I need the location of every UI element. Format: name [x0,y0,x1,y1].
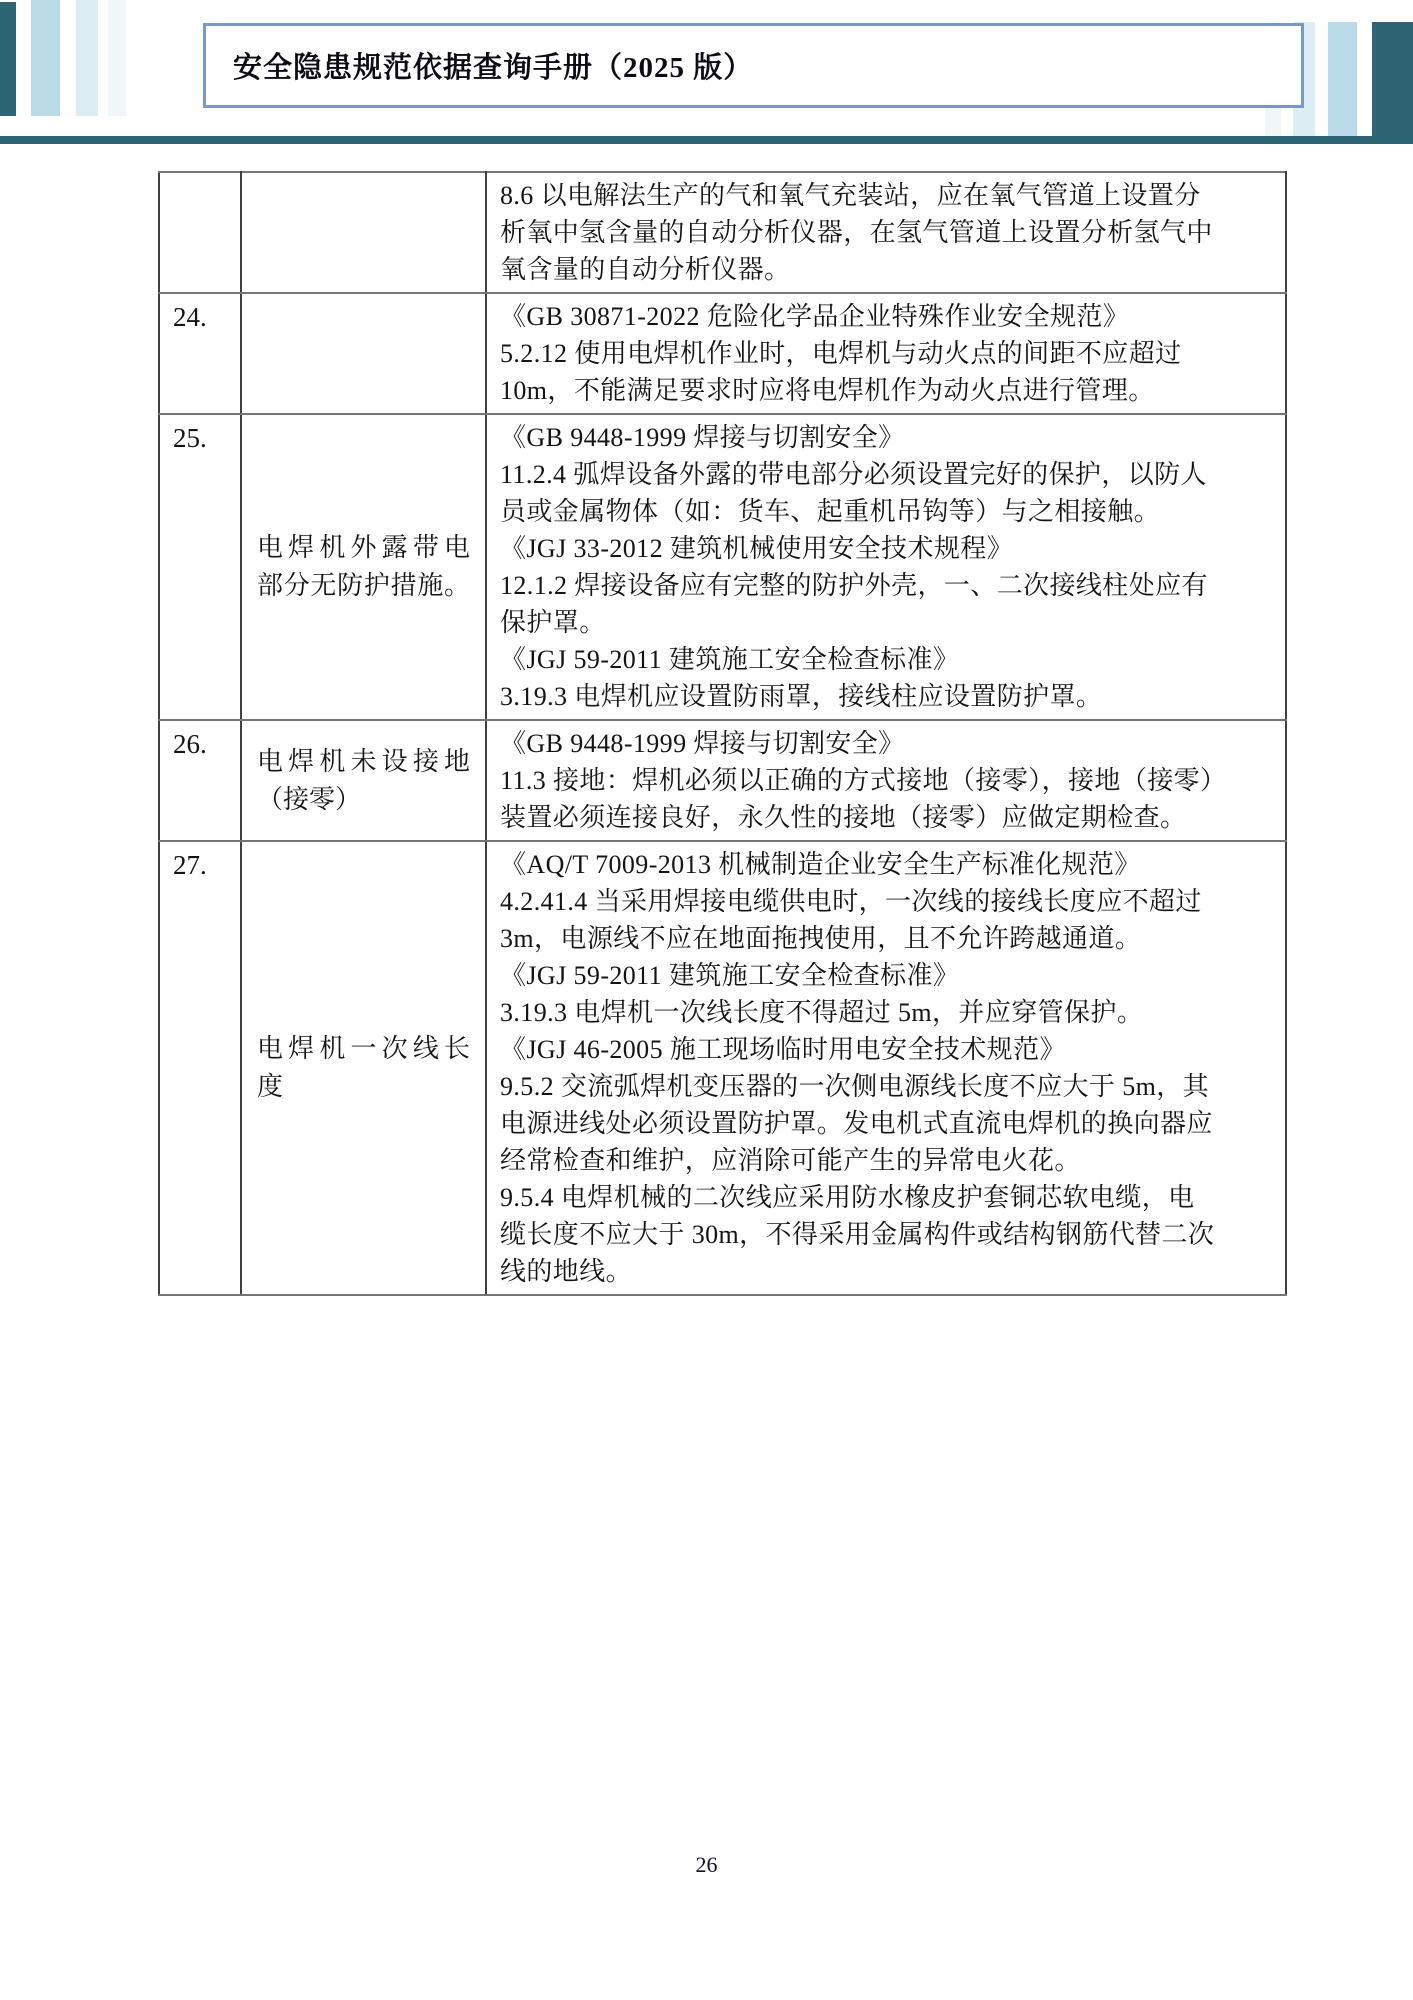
rules-table: 8.6 以电解法生产的气和氧气充装站，应在氧气管道上设置分 析氧中氢含量的自动分… [158,171,1287,1296]
left-pale-blue-bar [76,0,98,116]
row-number: 24. [160,294,240,332]
page-number: 26 [0,1852,1413,1878]
basis-line: 员或金属物体（如：货车、起重机吊钩等）与之相接触。 [500,493,1275,530]
basis-line: 《JGJ 46-2005 施工现场临时用电安全技术规范》 [500,1031,1275,1068]
basis-line: 《GB 9448-1999 焊接与切割安全》 [500,419,1275,456]
row-number-cell: 27. [159,841,241,1295]
table-row: 25. 电焊机外露带电 部分无防护措施。 《GB 9448-1999 焊接与切割… [159,414,1286,720]
basis-line: 8.6 以电解法生产的气和氧气充装站，应在氧气管道上设置分 [500,177,1275,214]
hazard-line: 电焊机外露带电 [257,529,470,567]
page-title: 安全隐患规范依据查询手册（2025 版） [206,45,753,86]
basis-line: 3m，电源线不应在地面拖拽使用，且不允许跨越通道。 [500,920,1275,957]
basis-line: 保护罩。 [500,604,1275,641]
row-number [160,173,240,181]
basis-line: 3.19.3 电焊机一次线长度不得超过 5m，并应穿管保护。 [500,994,1275,1031]
hazard-line: （接零） [257,781,470,819]
basis-cell: 《GB 9448-1999 焊接与切割安全》 11.2.4 弧焊设备外露的带电部… [486,414,1286,720]
title-box: 安全隐患规范依据查询手册（2025 版） [203,23,1304,108]
hazard-line: 电焊机未设接地 [257,743,470,781]
table-row: 24. 《GB 30871-2022 危险化学品企业特殊作业安全规范》 5.2.… [159,293,1286,414]
basis-cell: 《GB 30871-2022 危险化学品企业特殊作业安全规范》 5.2.12 使… [486,293,1286,414]
basis-line: 12.1.2 焊接设备应有完整的防护外壳，一、二次接线柱处应有 [500,567,1275,604]
row-number: 25. [160,415,240,453]
basis-line: 《AQ/T 7009-2013 机械制造企业安全生产标准化规范》 [500,846,1275,883]
document-page: 安全隐患规范依据查询手册（2025 版） 8.6 以电解法生产的气和氧气充装站，… [0,0,1413,2000]
basis-line: 经常检查和维护，应消除可能产生的异常电火花。 [500,1142,1275,1179]
hazard-cell: 电焊机一次线长 度 [241,841,486,1295]
basis-line: 4.2.41.4 当采用焊接电缆供电时，一次线的接线长度应不超过 [500,883,1275,920]
basis-line: 9.5.4 电焊机械的二次线应采用防水橡皮护套铜芯软电缆，电 [500,1179,1275,1216]
basis-line: 《JGJ 33-2012 建筑机械使用安全技术规程》 [500,530,1275,567]
right-dark-accent-block [1372,22,1413,141]
basis-line: 5.2.12 使用电焊机作业时，电焊机与动火点的间距不应超过 [500,335,1275,372]
table-row: 8.6 以电解法生产的气和氧气充装站，应在氧气管道上设置分 析氧中氢含量的自动分… [159,172,1286,293]
hazard-cell [241,172,486,293]
left-dark-accent-bar [0,2,16,116]
hazard-cell: 电焊机外露带电 部分无防护措施。 [241,414,486,720]
table-row: 27. 电焊机一次线长 度 《AQ/T 7009-2013 机械制造企业安全生产… [159,841,1286,1295]
basis-line: 电源进线处必须设置防护罩。发电机式直流电焊机的换向器应 [500,1105,1275,1142]
basis-line: 析氧中氢含量的自动分析仪器，在氢气管道上设置分析氢气中 [500,214,1275,251]
header-divider-bar [0,136,1413,144]
basis-line: 9.5.2 交流弧焊机变压器的一次侧电源线长度不应大于 5m，其 [500,1068,1275,1105]
row-number-cell [159,172,241,293]
basis-cell: 8.6 以电解法生产的气和氧气充装站，应在氧气管道上设置分 析氧中氢含量的自动分… [486,172,1286,293]
left-light-blue-bar [31,0,60,116]
basis-cell: 《AQ/T 7009-2013 机械制造企业安全生产标准化规范》 4.2.41.… [486,841,1286,1295]
table-row: 26. 电焊机未设接地 （接零） 《GB 9448-1999 焊接与切割安全》 … [159,720,1286,841]
basis-line: 10m，不能满足要求时应将电焊机作为动火点进行管理。 [500,372,1275,409]
basis-line: 缆长度不应大于 30m，不得采用金属构件或结构钢筋代替二次 [500,1216,1275,1253]
basis-cell: 《GB 9448-1999 焊接与切割安全》 11.3 接地：焊机必须以正确的方… [486,720,1286,841]
basis-line: 《JGJ 59-2011 建筑施工安全检查标准》 [500,641,1275,678]
basis-line: 线的地线。 [500,1253,1275,1290]
row-number-cell: 26. [159,720,241,841]
hazard-cell [241,293,486,414]
hazard-line: 度 [257,1068,470,1106]
hazard-line: 电焊机一次线长 [257,1030,470,1068]
hazard-cell: 电焊机未设接地 （接零） [241,720,486,841]
basis-line: 11.2.4 弧焊设备外露的带电部分必须设置完好的保护，以防人 [500,456,1275,493]
basis-line: 3.19.3 电焊机应设置防雨罩，接线柱应设置防护罩。 [500,678,1275,715]
row-number: 26. [160,721,240,759]
basis-line: 《JGJ 59-2011 建筑施工安全检查标准》 [500,957,1275,994]
left-palest-blue-bar [108,0,126,116]
row-number-cell: 25. [159,414,241,720]
basis-line: 11.3 接地：焊机必须以正确的方式接地（接零），接地（接零） [500,762,1275,799]
row-number: 27. [160,842,240,880]
hazard-line: 部分无防护措施。 [257,567,470,605]
basis-line: 装置必须连接良好，永久性的接地（接零）应做定期检查。 [500,799,1275,836]
basis-line: 《GB 9448-1999 焊接与切割安全》 [500,725,1275,762]
row-number-cell: 24. [159,293,241,414]
basis-line: 《GB 30871-2022 危险化学品企业特殊作业安全规范》 [500,298,1275,335]
right-light-blue-bar [1328,22,1357,138]
basis-line: 氧含量的自动分析仪器。 [500,251,1275,288]
